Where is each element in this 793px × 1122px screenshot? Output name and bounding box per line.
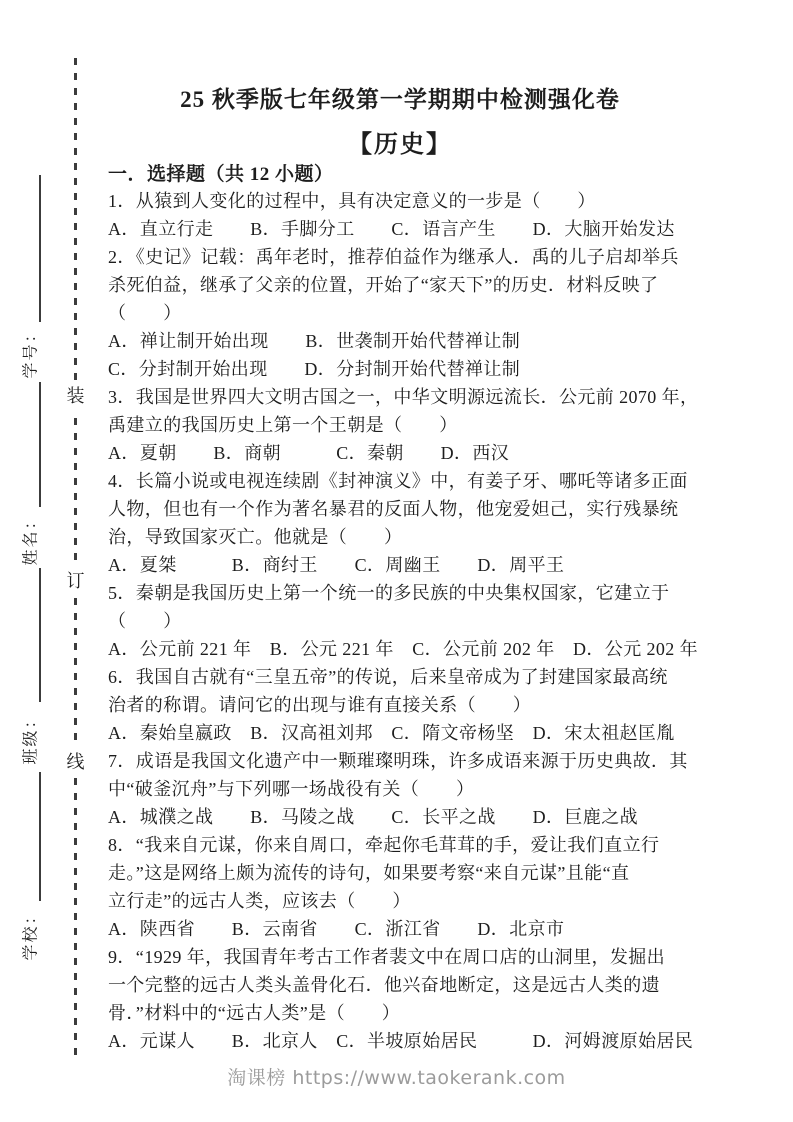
question-line: 人物，但也有一个作为著名暴君的反面人物，他宠爱妲己，实行残暴统 xyxy=(108,495,692,523)
question-line: 杀死伯益，继承了父亲的位置，开始了“家天下”的历史．材料反映了 xyxy=(108,271,692,299)
exam-paper-page: 学号： 姓名： 班级： 学校： 装 订 线 25 秋季版七年级第一学期期中检测强… xyxy=(0,0,793,1122)
margin-rule-segment xyxy=(39,772,41,901)
question-line: A．公元前 221 年 B．公元 221 年 C．公元前 202 年 D．公元 … xyxy=(108,635,692,663)
exam-subject: 【历史】 xyxy=(108,129,692,161)
student-number-label-text: 学号： xyxy=(18,324,41,378)
question-line: C．分封制开始出现 D．分封制开始代替禅让制 xyxy=(108,355,692,383)
question-lines: 1．从猿到人变化的过程中，具有决定意义的一步是（ ）A．直立行走 B．手脚分工 … xyxy=(108,187,692,1055)
question-line: （ ） xyxy=(108,607,692,635)
student-name-label-text: 姓名： xyxy=(18,511,41,565)
margin-rule-segment xyxy=(39,175,41,322)
class-label: 班级： xyxy=(4,692,54,782)
binding-dashed-line xyxy=(74,58,77,1060)
question-line: 9．“1929 年，我国青年考古工作者裴文中在周口店的山洞里，发掘出 xyxy=(108,943,692,971)
question-line: A．夏桀 B．商纣王 C．周幽王 D．周平王 xyxy=(108,551,692,579)
margin-rule-segment xyxy=(39,568,41,702)
question-line: （ ） xyxy=(108,299,692,327)
question-line: A．秦始皇嬴政 B．汉高祖刘邦 C．隋文帝杨坚 D．宋太祖赵匡胤 xyxy=(108,719,692,747)
student-name-label: 姓名： xyxy=(4,493,54,583)
question-line: A．直立行走 B．手脚分工 C．语言产生 D．大脑开始发达 xyxy=(108,215,692,243)
school-label: 学校： xyxy=(4,888,54,978)
question-line: A．陕西省 B．云南省 C．浙江省 D．北京市 xyxy=(108,915,692,943)
question-line: 中“破釜沉舟”与下列哪一场战役有关（ ） xyxy=(108,775,692,803)
question-line: A．禅让制开始出现 B．世袭制开始代替禅让制 xyxy=(108,327,692,355)
question-line: 立行走”的远古人类，应该去（ ） xyxy=(108,887,692,915)
question-line: 禹建立的我国历史上第一个王朝是（ ） xyxy=(108,411,692,439)
margin-rule-segment xyxy=(39,382,41,507)
question-line: 2．《史记》记载：禹年老时，推荐伯益作为继承人．禹的儿子启却举兵 xyxy=(108,243,692,271)
watermark-footer: 淘课榜 https://www.taokerank.com xyxy=(0,1063,793,1090)
school-label-text: 学校： xyxy=(18,906,41,960)
question-line: 4．长篇小说或电视连续剧《封神演义》中，有姜子牙、哪吒等诸多正面 xyxy=(108,467,692,495)
question-line: A．元谋人 B．北京人 C．半坡原始居民 D．河姆渡原始居民 xyxy=(108,1027,692,1055)
question-line: 1．从猿到人变化的过程中，具有决定意义的一步是（ ） xyxy=(108,187,692,215)
question-line: 治，导致国家灭亡。他就是（ ） xyxy=(108,523,692,551)
question-line: 走。”这是网络上颇为流传的诗句，如果要考察“来自元谋”且能“直 xyxy=(108,859,692,887)
question-line: A．夏朝 B．商朝 C．秦朝 D．西汉 xyxy=(108,439,692,467)
exam-title: 25 秋季版七年级第一学期期中检测强化卷 xyxy=(108,84,692,116)
section-heading: 一．选择题（共 12 小题） xyxy=(108,163,692,187)
binding-char-zhuang: 装 xyxy=(62,381,89,411)
question-line: 7．成语是我国文化遗产中一颗璀璨明珠，许多成语来源于历史典故．其 xyxy=(108,747,692,775)
binding-char-xian: 线 xyxy=(62,747,89,777)
binding-char-ding: 订 xyxy=(62,566,89,596)
question-line: 8．“我来自元谋，你来自周口，牵起你毛茸茸的手，爱让我们直立行 xyxy=(108,831,692,859)
question-line: 骨．”材料中的“远古人类”是（ ） xyxy=(108,999,692,1027)
student-number-label: 学号： xyxy=(4,306,54,396)
question-line: 6．我国自古就有“三皇五帝”的传说，后来皇帝成为了封建国家最高统 xyxy=(108,663,692,691)
question-line: 5．秦朝是我国历史上第一个统一的多民族的中央集权国家，它建立于 xyxy=(108,579,692,607)
question-line: 治者的称谓。请问它的出现与谁有直接关系（ ） xyxy=(108,691,692,719)
exam-content: 25 秋季版七年级第一学期期中检测强化卷 【历史】 一．选择题（共 12 小题）… xyxy=(108,84,692,1055)
question-line: 3．我国是世界四大文明古国之一，中华文明源远流长．公元前 2070 年， xyxy=(108,383,692,411)
question-line: A．城濮之战 B．马陵之战 C．长平之战 D．巨鹿之战 xyxy=(108,803,692,831)
question-line: 一个完整的远古人类头盖骨化石．他兴奋地断定，这是远古人类的遗 xyxy=(108,971,692,999)
class-label-text: 班级： xyxy=(18,710,41,764)
